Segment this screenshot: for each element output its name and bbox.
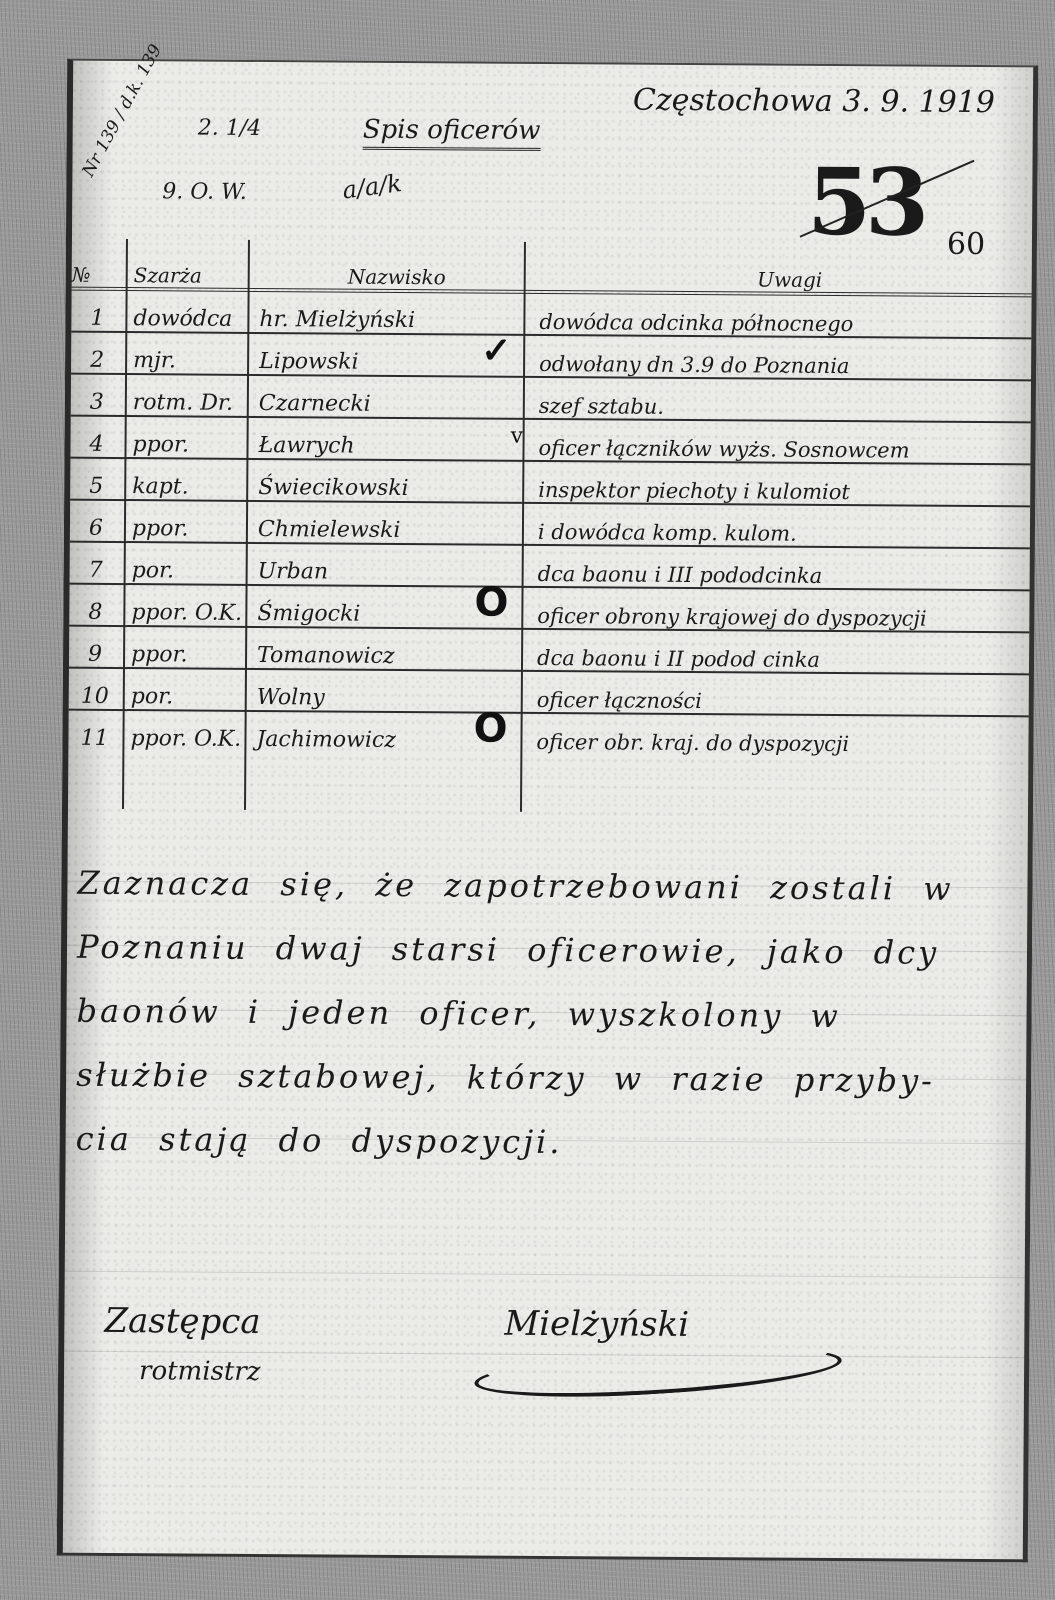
- row-name: Ławrych: [248, 418, 532, 462]
- folio-number: 53: [807, 148, 924, 257]
- header-no: №: [72, 239, 124, 289]
- document-title: Spis oficerów: [363, 115, 541, 151]
- ruled-line: [65, 1271, 1025, 1279]
- row-rank: ppor.: [126, 417, 250, 460]
- table-header: № Szarża Nazwisko Uwagi: [72, 239, 1032, 298]
- table-row: 9 ppor. Tomanowicz dca baonu i II podod …: [69, 627, 1029, 676]
- row-rank: mjr.: [127, 333, 251, 376]
- table-row: 7 por. Urban dca baonu i III pododcinka: [70, 543, 1030, 592]
- row-name: Czarnecki: [249, 376, 533, 420]
- row-note: oficer łączności: [525, 672, 1037, 718]
- table-row: 11 ppor. O.K. Jachimowicz O oficer obr. …: [68, 711, 1028, 758]
- row-rank: dowódca: [127, 291, 251, 334]
- body-line: służbie sztabowej, którzy w razie przyby…: [76, 1043, 996, 1113]
- table-row: 1 dowódca hr. Mielżyński dowódca odcinka…: [71, 291, 1031, 340]
- row-rank: por.: [125, 669, 249, 712]
- header-name: Nazwisko: [250, 240, 534, 292]
- row-no: 9: [69, 627, 121, 669]
- row-note: odwołany dn 3.9 do Poznania: [527, 336, 1039, 382]
- row-rank: kapt.: [126, 459, 250, 502]
- officers-table: № Szarża Nazwisko Uwagi 1 dowódca hr. Mi…: [68, 239, 1032, 758]
- row-name: Tomanowicz: [247, 628, 531, 672]
- row-note: oficer łączników wyżs. Sosnowcem: [526, 420, 1038, 466]
- row-no: 7: [70, 543, 122, 585]
- row-rank: ppor. O.K.: [124, 711, 248, 754]
- circle-mark-icon: O: [473, 705, 507, 751]
- tick-mark-icon: v: [511, 424, 524, 449]
- row-rank: ppor. O.K.: [125, 585, 249, 628]
- signatory-rank: rotmistrz: [139, 1356, 261, 1387]
- row-no: 4: [70, 417, 122, 459]
- document-page: Nr 139 / d.k. 139 2. 1/4 9. O. W. a/a/k …: [57, 59, 1038, 1563]
- table-row: 8 ppor. O.K. Śmigocki O oficer obrony kr…: [69, 585, 1029, 634]
- circle-mark-icon: O: [474, 579, 508, 625]
- signature: Mielżyński: [504, 1304, 689, 1345]
- reference-number: 2. 1/4: [198, 116, 262, 141]
- checkmark-icon: ✓: [481, 330, 511, 372]
- row-no: 10: [69, 669, 121, 711]
- row-rank: por.: [126, 543, 250, 586]
- reference-org: 9. O. W.: [162, 179, 247, 205]
- row-note: dowódca odcinka północnego: [527, 294, 1039, 340]
- row-rank: ppor.: [126, 501, 250, 544]
- signatory-role: Zastępca: [104, 1301, 260, 1342]
- row-note: szef sztabu.: [527, 378, 1039, 424]
- row-no: 2: [71, 333, 123, 375]
- row-note: dca baonu i III pododcinka: [526, 546, 1038, 592]
- row-no: 6: [70, 501, 122, 543]
- header-rank: Szarża: [128, 239, 252, 290]
- table-row: 6 ppor. Chmielewski i dowódca komp. kulo…: [70, 501, 1030, 550]
- row-rank: rotm. Dr.: [127, 375, 251, 418]
- header-notes: Uwagi: [528, 242, 1040, 296]
- place-date: Częstochowa 3. 9. 1919: [633, 83, 995, 121]
- row-no: 5: [70, 459, 122, 501]
- table-row: 2 mjr. Lipowski ✓ odwołany dn 3.9 do Poz…: [71, 333, 1031, 382]
- body-line: Zaznacza się, że zapotrzebowani zostali …: [77, 851, 997, 921]
- table-row: 10 por. Wolny oficer łączności: [69, 669, 1029, 718]
- table-row: 5 kapt. Świecikowski inspektor piechoty …: [70, 459, 1030, 508]
- body-line: baonów i jeden oficer, wyszkolony w: [76, 979, 996, 1049]
- table-row: 4 ppor. Ławrych v oficer łączników wyżs.…: [70, 417, 1030, 466]
- marginal-note: a/a/k: [341, 169, 404, 205]
- row-name: Świecikowski: [248, 460, 532, 504]
- row-note: inspektor piechoty i kulomiot: [526, 462, 1038, 508]
- row-note: oficer obrony krajowej do dyspozycji: [525, 588, 1037, 634]
- body-line: Poznaniu dwaj starsi oficerowie, jako dc…: [77, 915, 997, 985]
- row-no: 3: [71, 375, 123, 417]
- row-no: 8: [69, 585, 121, 627]
- row-note: dca baonu i II podod cinka: [525, 630, 1037, 676]
- body-paragraph: Zaznacza się, że zapotrzebowani zostali …: [75, 851, 997, 1177]
- body-line: cia stają do dyspozycji.: [75, 1107, 995, 1177]
- row-rank: ppor.: [125, 627, 249, 670]
- row-note: i dowódca komp. kulom.: [526, 504, 1038, 550]
- row-name: Chmielewski: [248, 502, 532, 546]
- table-row: 3 rotm. Dr. Czarnecki szef sztabu.: [71, 375, 1031, 424]
- row-note: oficer obr. kraj. do dyspozycji: [524, 714, 1036, 760]
- row-no: 1: [71, 291, 123, 333]
- archive-stamp: Nr 139 / d.k. 139: [78, 41, 166, 180]
- signature-flourish: [473, 1338, 843, 1405]
- row-no: 11: [68, 711, 120, 753]
